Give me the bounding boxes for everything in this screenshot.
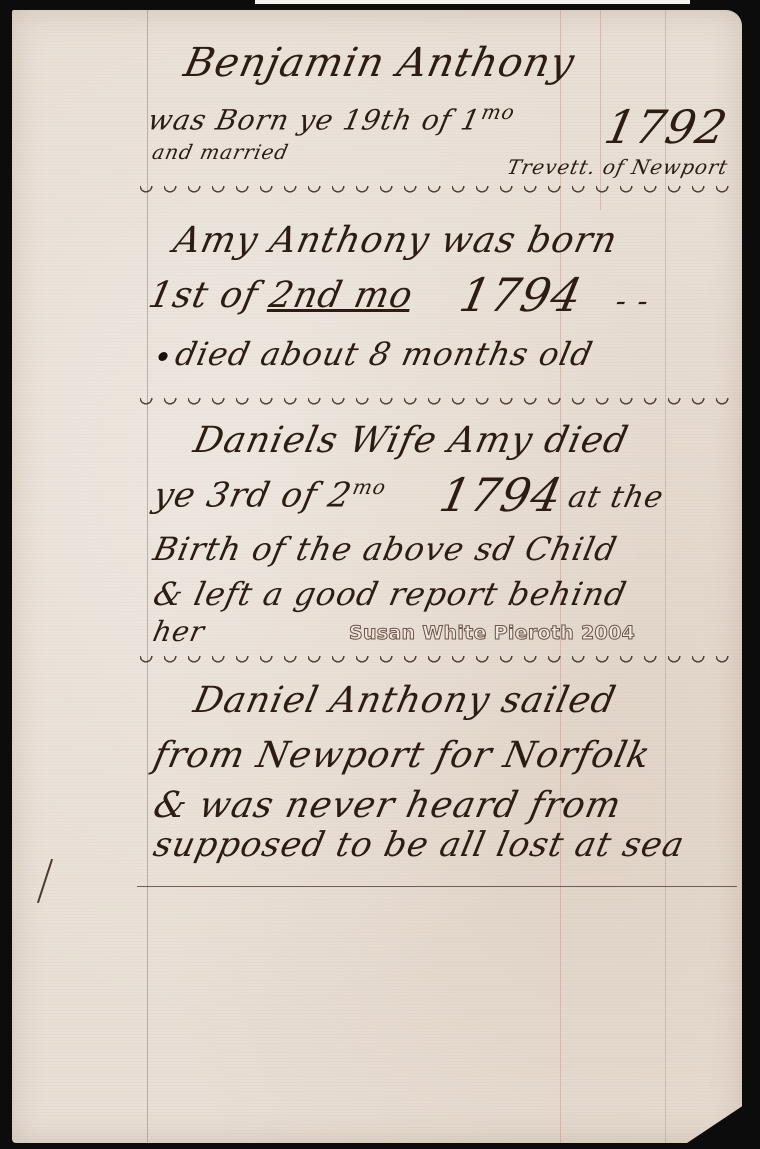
- birth-month: 2nd mo: [266, 275, 417, 316]
- entry-daniel-anthony: Daniel Anthony sailed from Newport for N…: [145, 680, 735, 880]
- month-abbr: mo: [479, 100, 517, 124]
- entry-text: supposed to be all lost at sea: [150, 825, 688, 865]
- birth-day: 1st: [145, 275, 213, 316]
- birth-date-text: was Born ye 19th of 1: [145, 103, 484, 136]
- month-abbr: mo: [351, 475, 389, 499]
- copyright-watermark: Susan White Pieroth 2004: [349, 622, 635, 644]
- entry-divider: [140, 656, 740, 664]
- entry-heading: Daniels Wife Amy died: [190, 420, 632, 461]
- year-text: 1794: [455, 268, 588, 322]
- entry-heading: Daniel Anthony sailed: [190, 680, 620, 721]
- entry-text: was Born ye 19th of 1mo: [145, 100, 517, 136]
- death-line: died about 8 months old: [155, 335, 597, 373]
- entry-benjamin-anthony: Benjamin Anthony was Born ye 19th of 1mo…: [145, 40, 735, 190]
- entry-divider: [140, 186, 740, 194]
- torn-corner: [684, 1105, 744, 1145]
- married-text: and married: [150, 140, 291, 164]
- entry-text: & left a good report behind: [150, 575, 630, 613]
- entry-text: from Newport for Norfolk: [150, 735, 654, 776]
- birth-year: 1792: [600, 100, 733, 154]
- entry-text: & was never heard from: [150, 785, 625, 826]
- scan-top-edge: [255, 0, 690, 4]
- death-date-text: ye 3rd of 2: [150, 475, 356, 515]
- ink-blot-icon: [158, 352, 169, 361]
- of-text: of: [216, 275, 262, 316]
- entry-divider: [137, 886, 737, 887]
- spouse-text: Trevett. of Newport: [505, 155, 730, 179]
- entry-text: Birth of the above sd Child: [150, 530, 621, 568]
- death-year: 1794: [435, 468, 568, 522]
- death-date-line: ye 3rd of 2mo: [150, 475, 389, 515]
- entry-heading: Benjamin Anthony: [180, 40, 579, 86]
- death-text: died about 8 months old: [172, 335, 597, 373]
- entry-heading: Amy Anthony was born: [170, 220, 621, 261]
- entry-daniels-wife-amy: Daniels Wife Amy died ye 3rd of 2mo 1794…: [145, 420, 735, 650]
- entry-divider: [140, 398, 740, 406]
- birth-year: 1794 - -: [455, 268, 656, 322]
- entry-text: her: [150, 615, 208, 648]
- dash-filler: - -: [612, 284, 652, 319]
- birth-date-line: 1st of 2nd mo: [145, 275, 417, 316]
- entry-amy-anthony-child: Amy Anthony was born 1st of 2nd mo 1794 …: [145, 220, 735, 390]
- at-the-text: at the: [565, 480, 667, 515]
